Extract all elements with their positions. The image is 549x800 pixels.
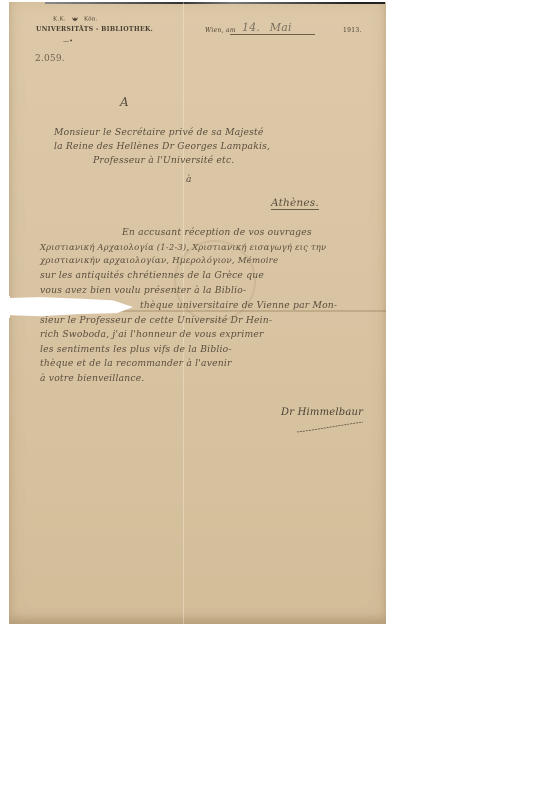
letterhead-kk: K.K. — [53, 17, 66, 23]
salutation-prefix: A — [120, 95, 129, 109]
addressee-city: Athènes. — [271, 197, 319, 210]
body-line-11: à votre bienveillance. — [40, 373, 144, 384]
body-line-9: les sentiments les plus vifs de la Bibli… — [40, 344, 232, 355]
body-line-6: thèque universitaire de Vienne par Mon- — [140, 300, 337, 311]
body-line-7: sieur le Professeur de cette Université … — [40, 315, 272, 326]
body-line-5: vous avez bien voulu présenter à la Bibl… — [40, 285, 246, 296]
body-line-2: Χριστιανική Αρχαιολογία (1-2-3), Χριστια… — [40, 242, 326, 252]
letterhead-top: K.K. Kön. — [53, 16, 98, 23]
addressee-line-1: Monsieur le Secrétaire privé de sa Majes… — [54, 127, 264, 138]
body-line-10: thèque et de la recommander à l'avenir — [40, 358, 232, 369]
addressee-line-3: Professeur à l'Université etc. — [93, 155, 234, 166]
torn-edge-margin — [0, 296, 10, 318]
letterhead-title: UNIVERSITÄTS - BIBLIOTHEK. — [36, 26, 153, 33]
scan-edge — [45, 2, 385, 4]
body-line-3: χριστιανικήν αρχαιολογίαν, Ημερολόγιον, … — [40, 256, 278, 266]
dateline-day: 14. — [242, 21, 260, 34]
body-line-4: sur les antiquités chrétiennes de la Grè… — [40, 270, 264, 281]
dateline-year: 1913. — [343, 27, 362, 34]
signature-flourish — [295, 420, 365, 434]
letterhead-rule: —• — [63, 38, 73, 45]
body-line-8: rich Swoboda, j'ai l'honneur de vous exp… — [40, 329, 264, 340]
body-line-1: En accusant réception de vos ouvrages — [122, 227, 312, 238]
addressee-line-4: à — [186, 174, 192, 185]
dateline-month: Mai — [270, 21, 292, 34]
letterhead-kon: Kön. — [84, 17, 98, 23]
dateline-day-month: 14. Mai — [230, 21, 315, 35]
reference-number: 2.059. — [35, 54, 65, 64]
addressee-line-2: la Reine des Hellènes Dr Georges Lampaki… — [54, 141, 270, 152]
signature: Dr Himmelbaur — [281, 407, 363, 418]
double-eagle-crest-icon — [71, 16, 79, 22]
fold-line — [183, 2, 184, 624]
